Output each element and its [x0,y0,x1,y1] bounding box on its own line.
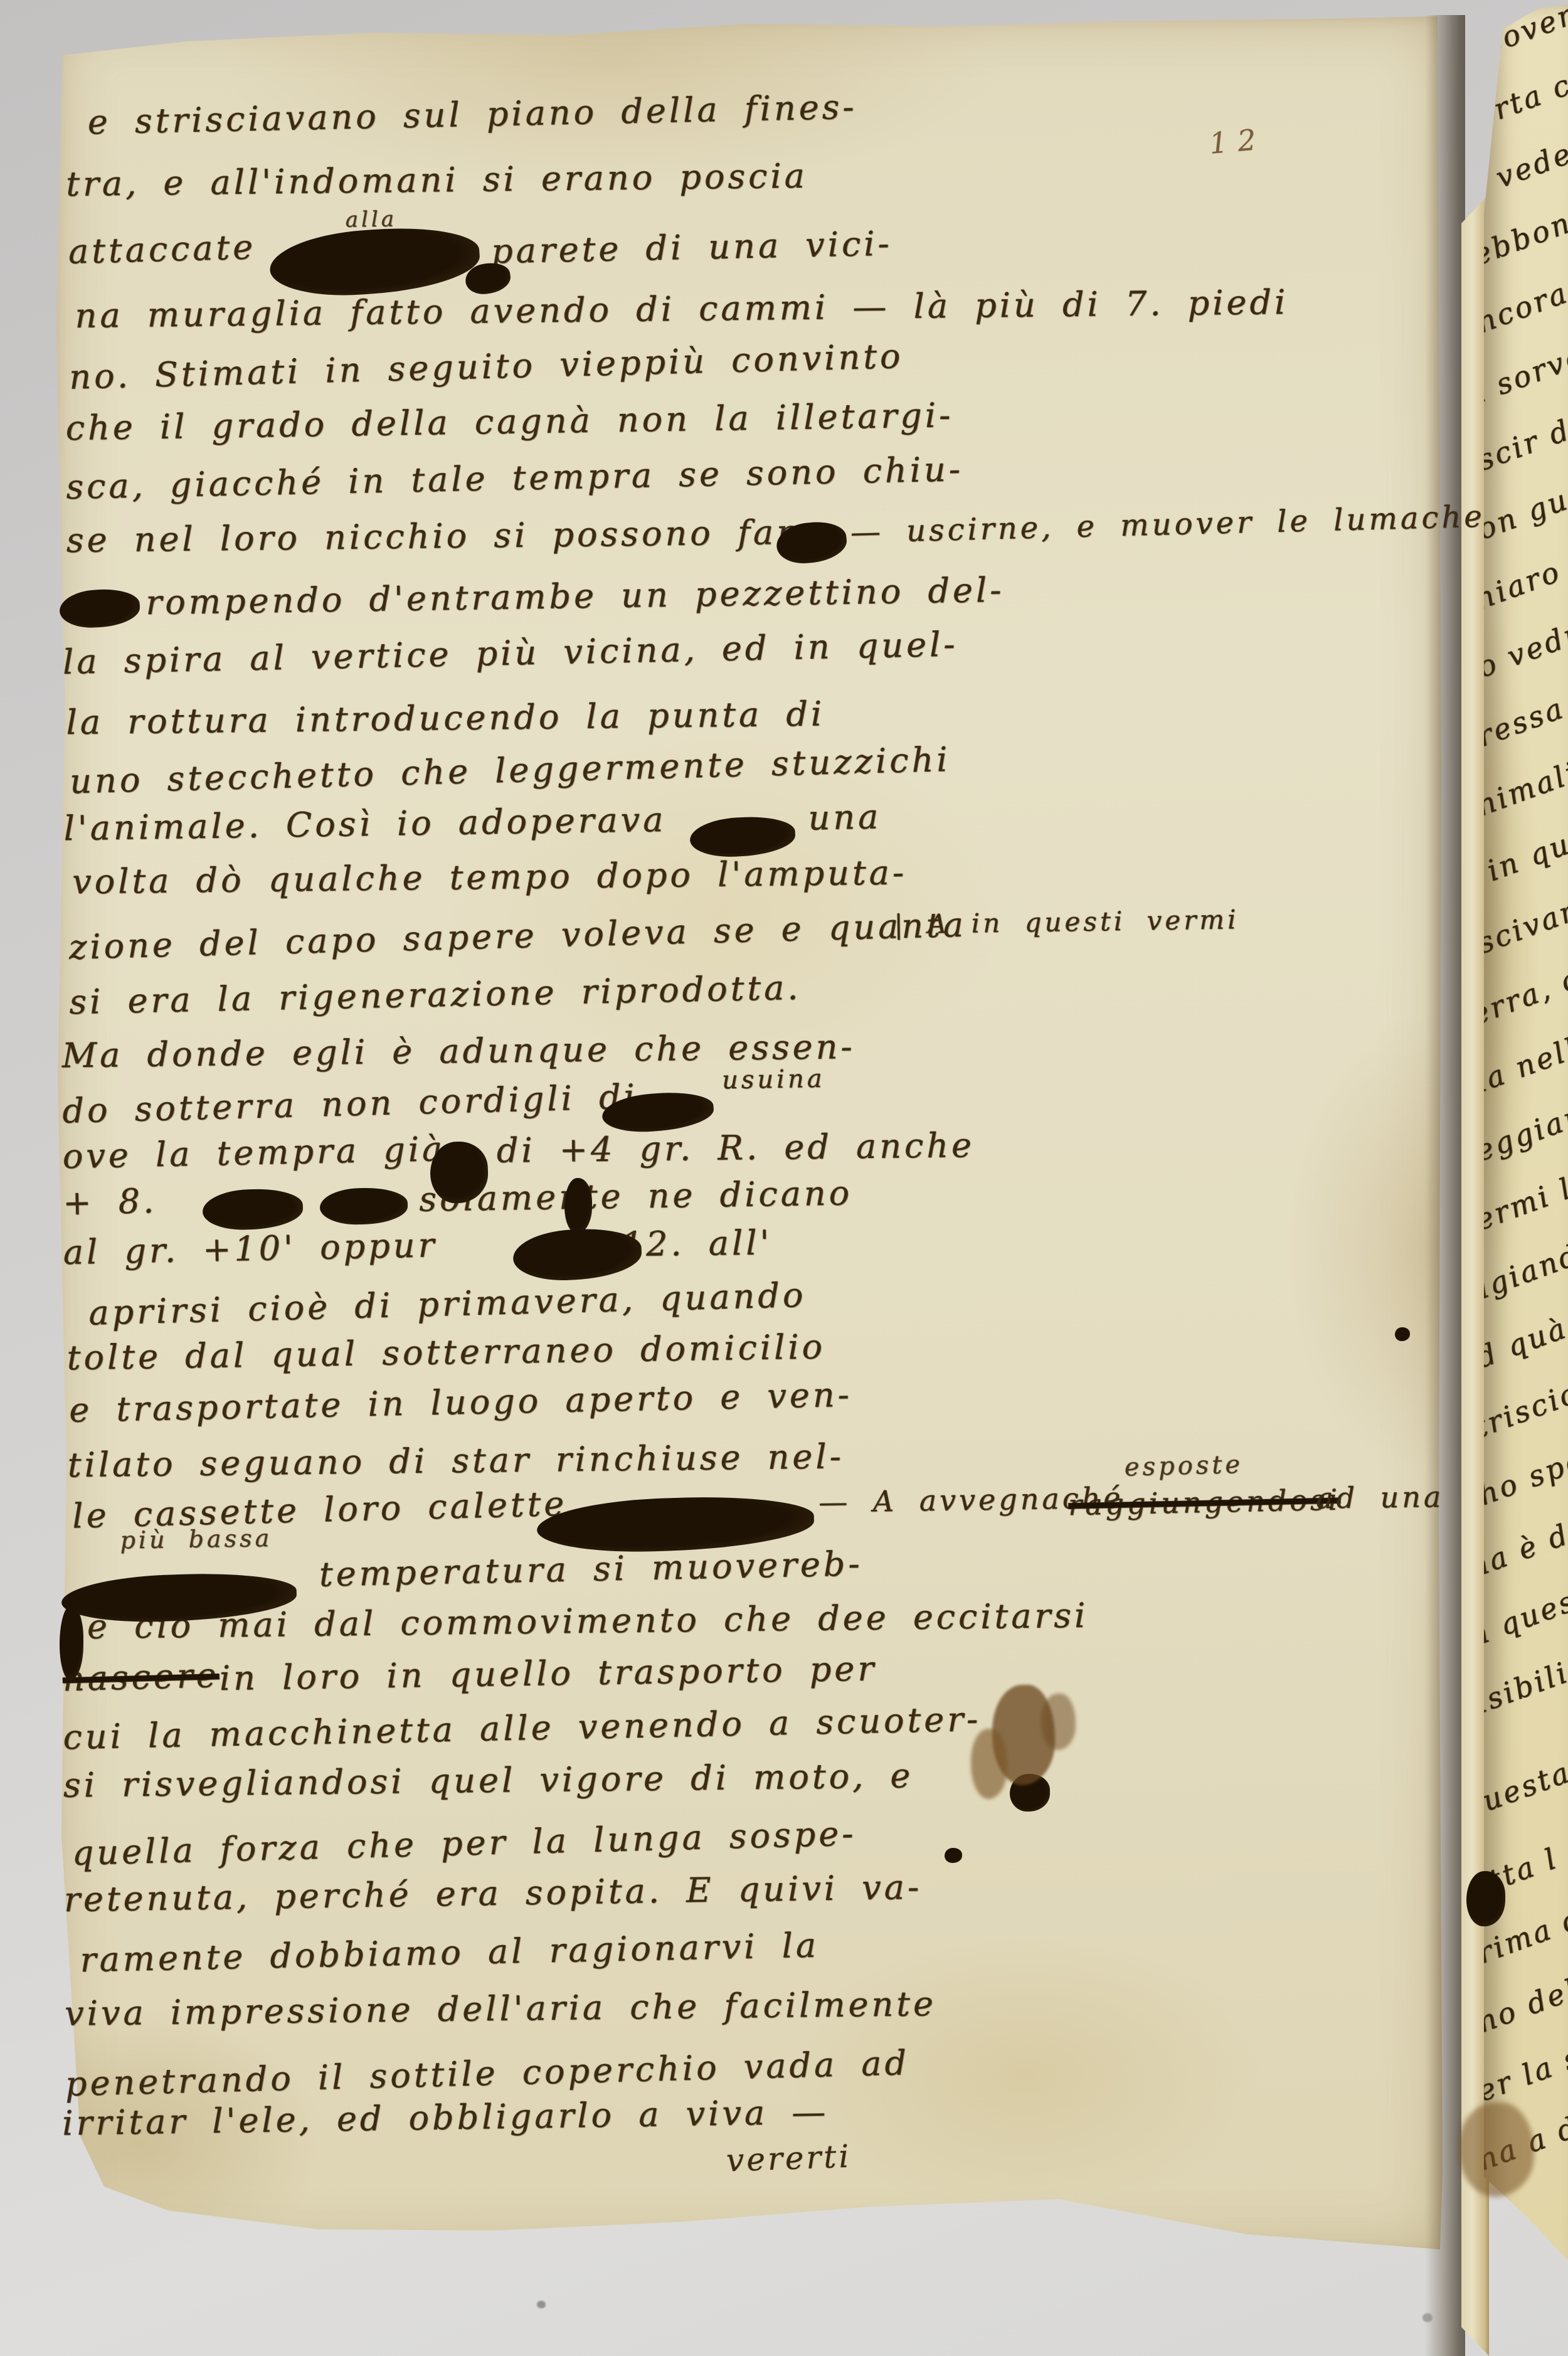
paper-stain [1422,2313,1433,2322]
paper-stain [971,1729,1007,1799]
stain-layer [0,0,1568,2356]
page-number: 12 [1208,122,1268,161]
catchword: vererti [726,2138,852,2179]
paper-stain [1041,1694,1076,1750]
paper-stain [537,2301,546,2308]
paper-stain [1459,2103,1534,2197]
photograph-background: ricoveravasicerta cosa csi vedevanorebbo… [0,0,1568,2356]
